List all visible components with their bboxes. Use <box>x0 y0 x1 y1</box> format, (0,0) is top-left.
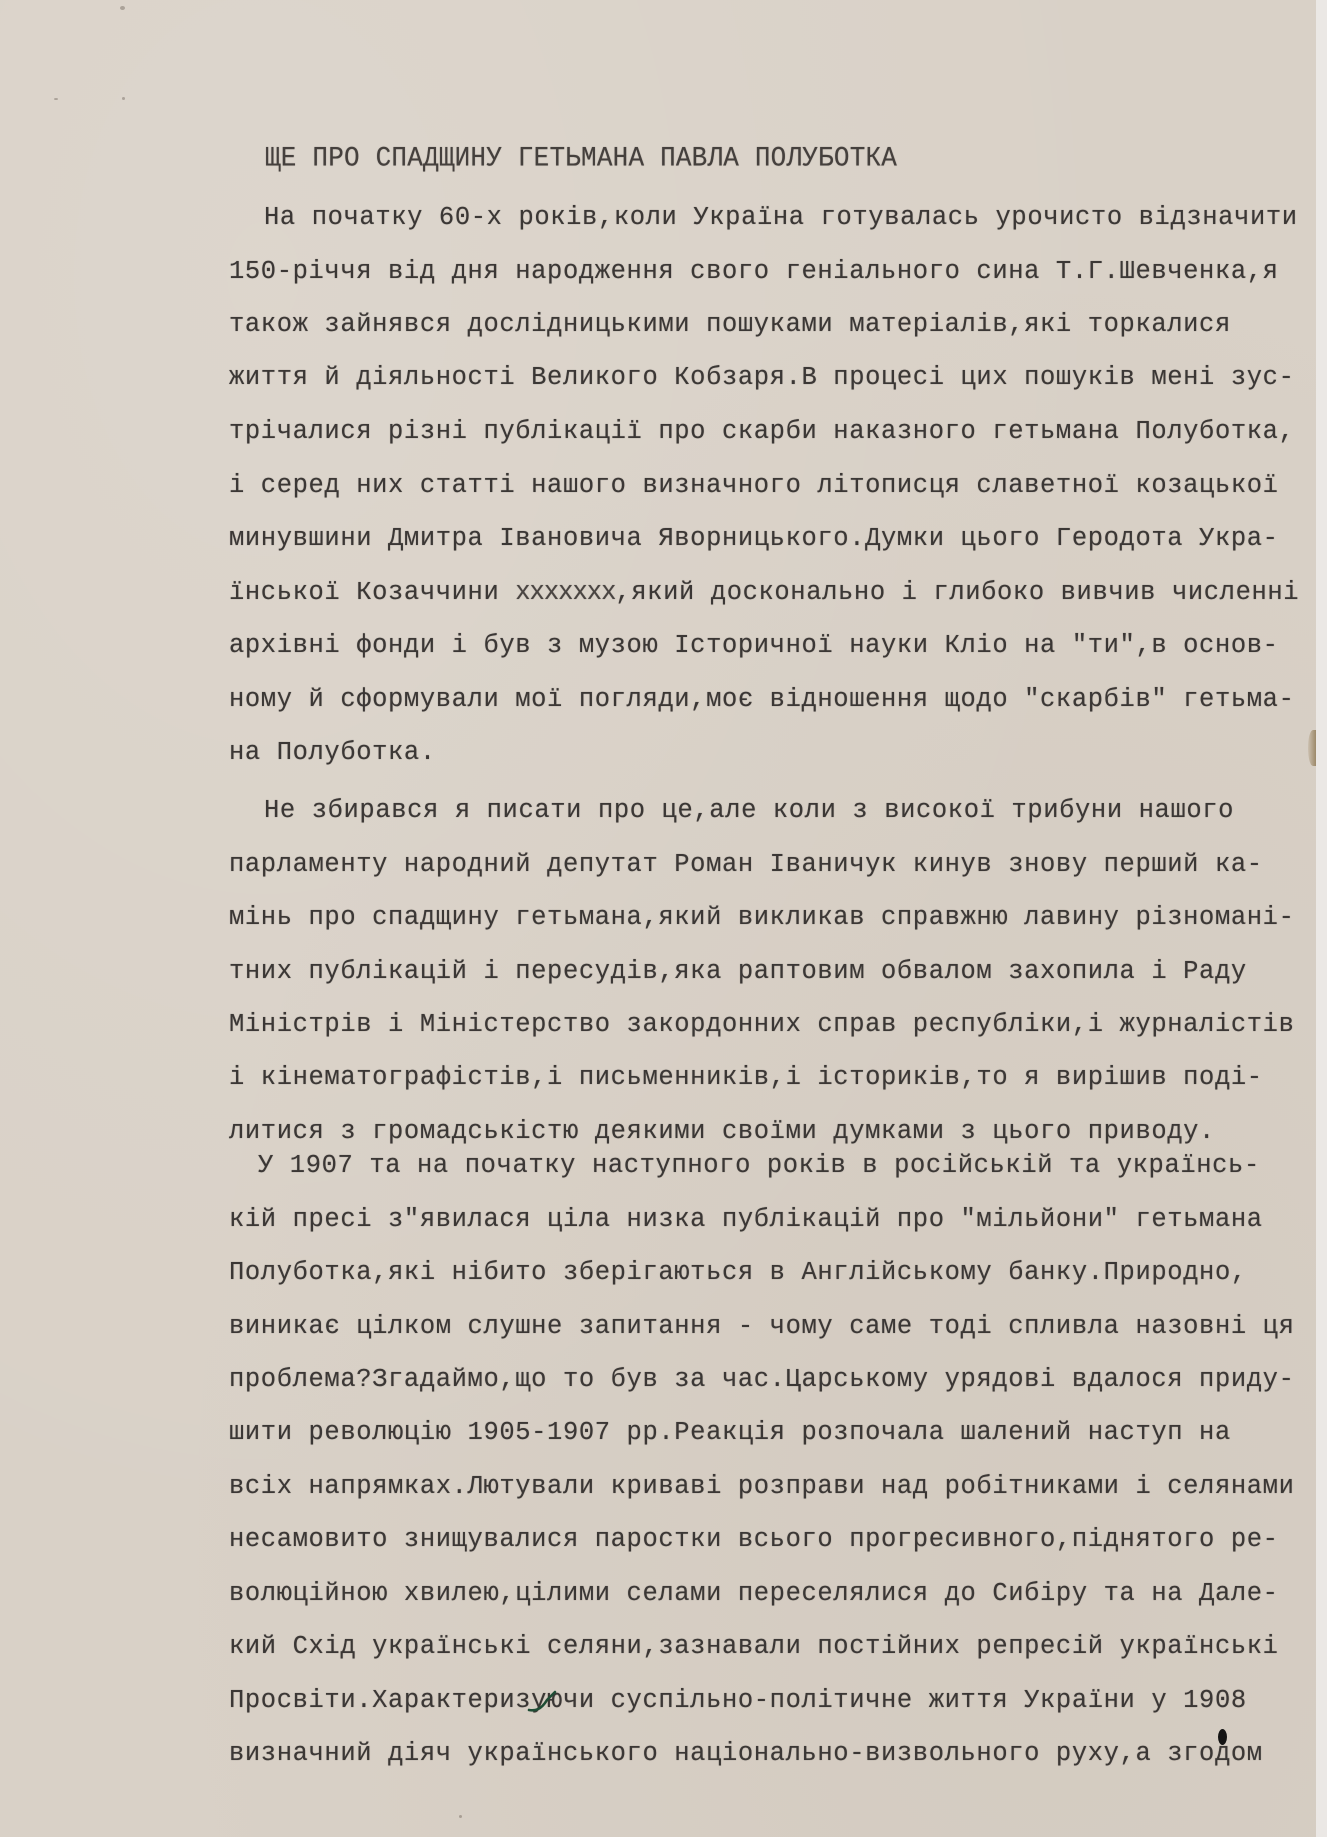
text-line: У 1907 та на початку наступного років в … <box>258 1151 1260 1181</box>
pen-correction-mark <box>527 1690 559 1714</box>
text-line: виникає цілком слушне запитання - чому с… <box>229 1312 1294 1342</box>
text-segment: ,який досконально і глибоко вивчив числе… <box>615 578 1299 607</box>
text-line: всіх напрямках.Лютували криваві розправи… <box>229 1472 1294 1502</box>
text-segment: їнської Козаччини <box>229 578 499 607</box>
typewritten-page: ЩЕ ПРО СПАДЩИНУ ГЕТЬМАНА ПАВЛА ПОЛУБОТКА… <box>0 0 1316 1837</box>
paper-speck <box>54 98 58 100</box>
text-line: ному й сформували мої погляди,моє віднош… <box>229 685 1294 715</box>
text-line: Не збирався я писати про це,але коли з в… <box>264 796 1234 826</box>
text-line: На початку 60-х років,коли Україна готув… <box>264 203 1298 233</box>
text-line: минувшини Дмитра Івановича Яворницького.… <box>229 524 1279 554</box>
text-line: життя й діяльності Великого Кобзаря.В пр… <box>229 363 1294 393</box>
text-line: і серед них статті нашого визначного літ… <box>229 471 1279 501</box>
text-line: шити революцію 1905-1907 рр.Реакція розп… <box>229 1418 1231 1448</box>
text-line: тних публікацій і пересудів,яка раптовим… <box>229 957 1247 987</box>
text-line: архівні фонди і був з музою Історичної н… <box>229 631 1279 661</box>
paper-speck <box>122 97 125 100</box>
text-line: мінь про спадщину гетьмана,який викликав… <box>229 903 1294 933</box>
text-line: трічалися різні публікації про скарби на… <box>229 417 1294 447</box>
text-line: несамовито знищувалися паростки всього п… <box>229 1525 1279 1555</box>
ink-blot-mark <box>1218 1729 1227 1745</box>
text-line: Просвіти.Характеризуючи суспільно-політи… <box>229 1686 1247 1716</box>
text-line: також зайнявся дослідницькими пошуками м… <box>229 310 1231 340</box>
text-line: кій пресі з"явилася ціла низка публікаці… <box>229 1205 1263 1235</box>
text-line: і кінематографістів,і письменників,і іст… <box>229 1063 1263 1093</box>
paper-speck <box>120 6 125 10</box>
text-line: кий Схід українські селяни,зазнавали пос… <box>229 1632 1279 1662</box>
paper-speck <box>459 1815 462 1818</box>
struck-out-word: xxxxxxx <box>515 578 615 607</box>
text-line-with-correction: їнської Козаччини xxxxxxx,який доскональ… <box>229 578 1299 608</box>
text-line: волюційною хвилею,цілими селами переселя… <box>229 1579 1279 1609</box>
text-line: на Полуботка. <box>229 738 436 768</box>
text-line: 150-річчя від дня народження свого геніа… <box>229 257 1279 287</box>
scan-background-edge <box>1316 0 1327 1837</box>
text-line: Міністрів і Міністерство закордонних спр… <box>229 1010 1294 1040</box>
text-line: парламенту народний депутат Роман Іванич… <box>229 850 1263 880</box>
paper-speck <box>1050 1645 1053 1648</box>
document-title: ЩЕ ПРО СПАДЩИНУ ГЕТЬМАНА ПАВЛА ПОЛУБОТКА <box>265 142 897 174</box>
text-line: Полуботка,які нібито зберігаються в Англ… <box>229 1258 1247 1288</box>
text-line: проблема?Згадаймо,що то був за час.Царсь… <box>229 1365 1294 1395</box>
text-line: литися з громадськістю деякими своїми ду… <box>229 1117 1215 1147</box>
text-line: визначний діяч українського національно-… <box>229 1739 1263 1769</box>
